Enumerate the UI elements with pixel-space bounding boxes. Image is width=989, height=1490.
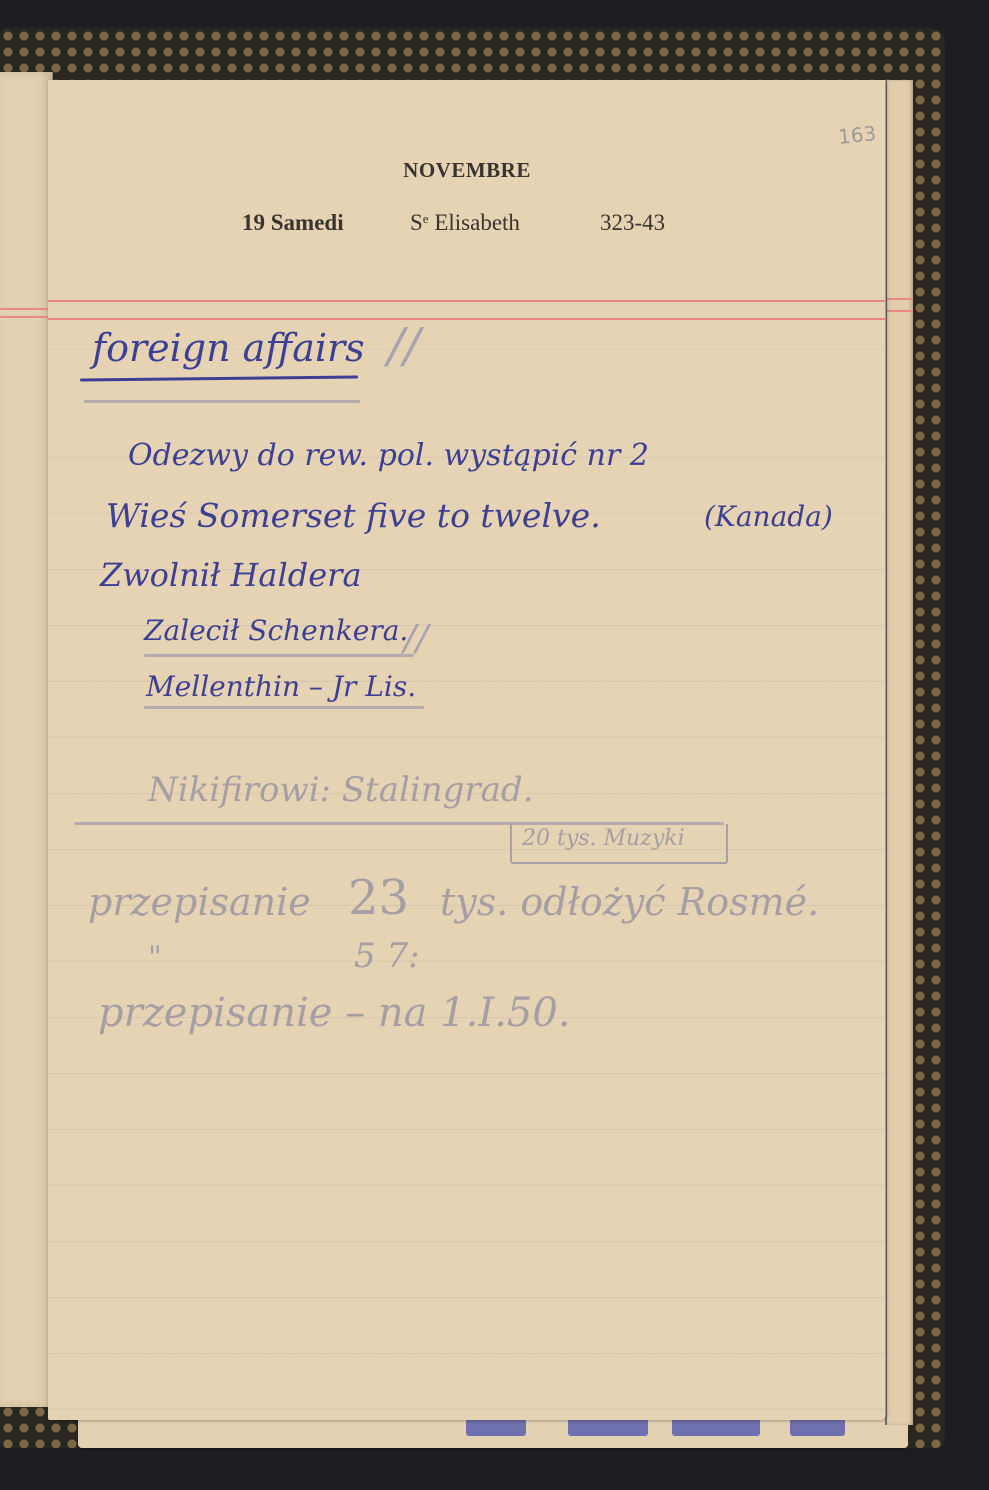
saint-prefix: S xyxy=(410,210,423,235)
strip-ink-fragment xyxy=(568,1418,648,1436)
left-page-red-rule xyxy=(0,308,52,310)
header-area xyxy=(48,80,886,302)
ink-line-1: Odezwy do rew. pol. wystąpić nr 2 xyxy=(128,438,649,473)
pencil-line-3: przepisanie – na 1.I.50. xyxy=(98,990,571,1036)
red-rule-bottom xyxy=(48,318,886,320)
pencil-boxed-note: 20 tys. Muzyki xyxy=(510,824,728,864)
diary-page: 163 NOVEMBRE 19 Samedi Se Elisabeth 323-… xyxy=(48,80,886,1420)
pencil-ditto: " xyxy=(148,940,162,975)
pencil-line-2-number: 23 xyxy=(348,870,409,926)
pencil-fraction: 5 7: xyxy=(354,936,420,976)
left-page-red-rule xyxy=(0,316,52,318)
saint-suffix: e xyxy=(423,211,429,226)
saint-label: Se Elisabeth xyxy=(410,210,520,236)
ink-line-5-pencil-underline xyxy=(144,706,424,709)
month-heading: NOVEMBRE xyxy=(48,158,886,183)
strip-ink-fragment xyxy=(790,1418,845,1436)
left-facing-page xyxy=(0,72,53,1407)
right-margin-line xyxy=(885,80,886,1420)
heading-foreign-affairs: foreign affairs xyxy=(92,326,365,370)
red-rule-top xyxy=(48,300,886,302)
ink-line-4-pencil-underline xyxy=(144,654,414,657)
saint-name: Elisabeth xyxy=(434,210,520,235)
strip-ink-fragment xyxy=(672,1418,760,1436)
heading-underline xyxy=(80,376,358,382)
pencil-line-2-word: przepisanie xyxy=(88,880,311,924)
page-stack-edge xyxy=(885,80,913,1425)
strip-ink-fragment xyxy=(466,1418,526,1436)
pencil-line-2-rest: tys. odłożyć Rosmé. xyxy=(440,880,819,924)
day-count: 323-43 xyxy=(600,210,665,236)
pencil-line-1: Nikifirowi: Stalingrad. xyxy=(148,770,533,810)
ink-line-2-aside: (Kanada) xyxy=(704,500,833,533)
edge-red-rule xyxy=(887,298,913,300)
ink-line-4: Zalecił Schenkera. xyxy=(144,614,408,647)
page-number: 163 xyxy=(837,121,877,149)
ink-line-2: Wieś Somerset five to twelve. xyxy=(106,496,601,535)
edge-red-rule xyxy=(887,310,913,312)
heading-pencil-marks: // xyxy=(382,318,426,374)
ink-line-5: Mellenthin – Jr Lis. xyxy=(146,670,416,703)
heading-pencil-underline xyxy=(84,400,360,403)
ink-line-3: Zwolnił Haldera xyxy=(100,556,362,594)
day-label: 19 Samedi xyxy=(242,210,344,236)
boxed-note-text: 20 tys. Muzyki xyxy=(522,826,685,851)
